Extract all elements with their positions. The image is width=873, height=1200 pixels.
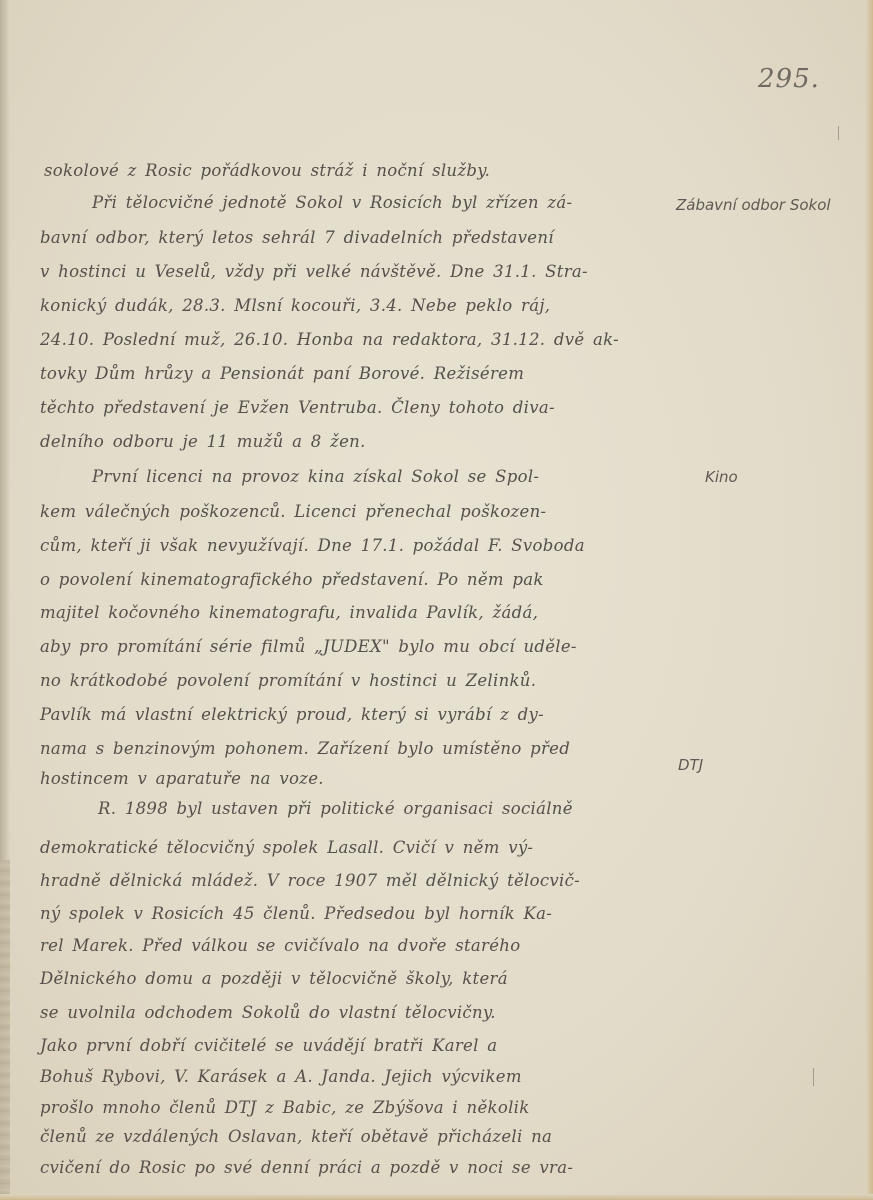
text-line: o povolení kinematografického představen…: [40, 570, 544, 589]
text-line: hradně dělnická mládež. V roce 1907 měl …: [40, 871, 580, 890]
text-line: Jako první dobří cvičitelé se uvádějí br…: [40, 1036, 497, 1055]
text-line: majitel kočovného kinematografu, invalid…: [40, 603, 538, 622]
text-line: bavní odbor, který letos sehrál 7 divade…: [40, 228, 554, 247]
text-line: aby pro promítání série filmů „JUDEX" by…: [40, 637, 577, 656]
text-line: nama s benzinovým pohonem. Zařízení bylo…: [40, 739, 570, 758]
text-line: sokolové z Rosic pořádkovou stráž i nočn…: [44, 161, 490, 180]
text-line: 24.10. Poslední muž, 26.10. Honba na red…: [40, 330, 619, 349]
text-line: Při tělocvičné jednotě Sokol v Rosicích …: [92, 193, 572, 212]
text-line: kem válečných poškozenců. Licenci přenec…: [40, 502, 546, 521]
text-line: První licenci na provoz kina získal Soko…: [92, 467, 539, 486]
text-line: rel Marek. Před válkou se cvičívalo na d…: [40, 936, 520, 955]
text-line: Dělnického domu a později v tělocvičně š…: [40, 969, 508, 988]
text-line: demokratické tělocvičný spolek Lasall. C…: [40, 838, 533, 857]
text-line: se uvolnila odchodem Sokolů do vlastní t…: [40, 1003, 496, 1022]
text-line: v hostinci u Veselů, vždy při velké návš…: [40, 262, 588, 281]
text-line: těchto představení je Evžen Ventruba. Čl…: [40, 398, 555, 417]
margin-note: DTJ: [678, 756, 703, 774]
page-right-edge: [865, 0, 873, 1200]
text-line: delního odboru je 11 mužů a 8 žen.: [40, 432, 366, 451]
text-line: členů ze vzdálených Oslavan, kteří oběta…: [40, 1127, 552, 1146]
margin-note: Kino: [705, 468, 738, 486]
binding-stitching: [0, 860, 10, 1200]
text-line: Bohuš Rybovi, V. Karásek a A. Janda. Jej…: [40, 1067, 522, 1086]
text-line: no krátkodobé povolení promítání v hosti…: [40, 671, 536, 690]
page-number: 295.: [758, 64, 820, 94]
text-line: cům, kteří ji však nevyužívají. Dne 17.1…: [40, 536, 585, 555]
text-line: cvičení do Rosic po své denní práci a po…: [40, 1158, 573, 1177]
text-line: konický dudák, 28.3. Mlsní kocouři, 3.4.…: [40, 296, 550, 315]
pencil-mark: [813, 1068, 814, 1086]
text-line: prošlo mnoho členů DTJ z Babic, ze Zbýšo…: [40, 1098, 530, 1117]
text-line: ný spolek v Rosicích 45 členů. Předsedou…: [40, 904, 552, 923]
text-line: R. 1898 byl ustaven při politické organi…: [98, 799, 573, 818]
text-line: tovky Dům hrůzy a Pensionát paní Borové.…: [40, 364, 524, 383]
page-bottom-edge: [0, 1194, 873, 1200]
text-line: Pavlík má vlastní elektrický proud, kter…: [40, 705, 544, 724]
margin-note: Zábavní odbor Sokol: [676, 196, 831, 214]
text-line: hostincem v aparatuře na voze.: [40, 769, 324, 788]
pencil-mark: [838, 126, 839, 140]
manuscript-page: 295. sokolové z Rosic pořádkovou stráž i…: [0, 0, 873, 1200]
